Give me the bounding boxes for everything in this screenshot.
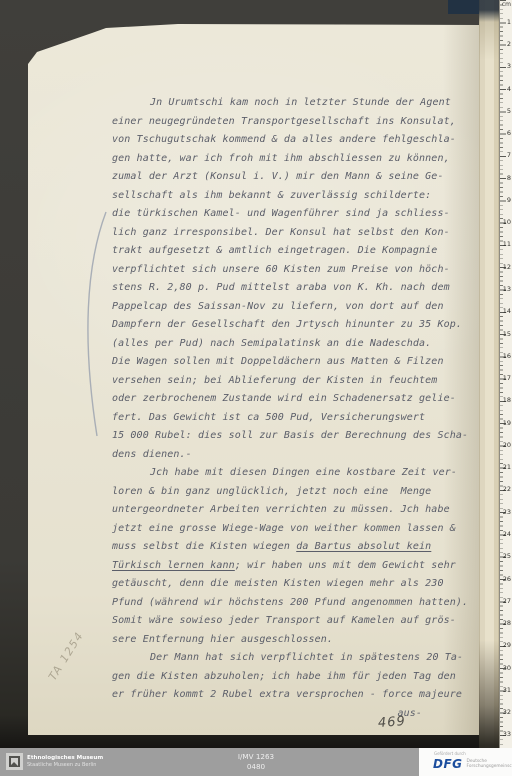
archive-footer-bar: Ethnologisches Museum Staatliche Museen … (0, 748, 512, 776)
ruler-number: 7 (507, 152, 511, 159)
catchword: aus- (112, 705, 478, 724)
ruler-number: 18 (503, 397, 511, 404)
funding-org-name: Deutsche Forschungsgemeinschaft (467, 759, 507, 769)
funding-prefix: Gefördert durch (434, 752, 512, 756)
page-edge-shading (479, 0, 500, 776)
ruler-number: 26 (503, 576, 511, 583)
ruler-number: 21 (503, 464, 511, 471)
text-line: Dampfern der Gesellschaft den Jrtysch hi… (112, 316, 478, 335)
margin-annotation: TA 1254 (46, 629, 86, 683)
text-line: versehen sein; bei Ablieferung der Kiste… (112, 372, 478, 391)
text-line: oder zerbrochenem Zustande wird ein Scha… (112, 390, 478, 409)
text-line: Türkisch lernen kann; wir haben uns mit … (112, 557, 478, 576)
ruler-number: 14 (503, 308, 511, 315)
text-line: jetzt eine grosse Wiege-Wage von weither… (112, 520, 478, 539)
text-line: einer neugegründeten Transportgesellscha… (112, 113, 478, 132)
ruler-number: 19 (503, 420, 511, 427)
text-line: Jch habe mit diesen Dingen eine kostbare… (112, 464, 478, 483)
text-line: muss selbst die Kisten wiegen da Bartus … (112, 538, 478, 557)
ruler-number: 9 (507, 197, 511, 204)
text-line: (alles per Pud) nach Semipalatinsk an di… (112, 335, 478, 354)
ruler-number: 3 (507, 63, 511, 70)
ruler-number: 1 (507, 19, 511, 26)
text-line: sere Entfernung hier ausgeschlossen. (112, 631, 478, 650)
text-line: loren & bin ganz unglücklich, jetzt noch… (112, 483, 478, 502)
text-line: Der Mann hat sich verpflichtet in spätes… (112, 649, 478, 668)
ruler-number: 22 (503, 486, 511, 493)
ruler-unit-label: cm (502, 1, 511, 8)
text-line: getäuscht, denn die meisten Kisten wiege… (112, 575, 478, 594)
ruler-number: 23 (503, 509, 511, 516)
text-line: Pfund (während wir höchstens 200 Pfund a… (112, 594, 478, 613)
ruler-number: 5 (507, 108, 511, 115)
ruler-number: 31 (503, 687, 511, 694)
ruler-number: 17 (503, 375, 511, 382)
text-line: 15 000 Rubel: dies soll zur Basis der Be… (112, 427, 478, 446)
ruler-number: 4 (507, 86, 511, 93)
text-line: zumal der Arzt (Konsul i. V.) mir den Ma… (112, 168, 478, 187)
typed-text: Jn Urumtschi kam noch in letzter Stunde … (112, 94, 478, 723)
ruler-number: 33 (503, 731, 511, 738)
text-line: verpflichtet sich unsere 60 Kisten zum P… (112, 261, 478, 280)
text-line: Jn Urumtschi kam noch in letzter Stunde … (112, 94, 478, 113)
ruler-number: 12 (503, 264, 511, 271)
text-line: trakt aufgesetzt & amtlich eingetragen. … (112, 242, 478, 261)
ruler-number: 11 (503, 241, 511, 248)
ruler-number: 27 (503, 598, 511, 605)
ruler-number: 2 (507, 41, 511, 48)
text-line: gen die Kisten abzuholen; ich habe ihm f… (112, 668, 478, 687)
ruler-number: 6 (507, 130, 511, 137)
text-line: Pappelcap des Saissan-Nov zu liefern, vo… (112, 298, 478, 317)
text-line: gen hatte, war ich froh mit ihm abschlie… (112, 150, 478, 169)
ruler-number: 20 (503, 442, 511, 449)
text-line: er früher kommt 2 Rubel extra versproche… (112, 686, 478, 705)
ruler-number: 10 (503, 219, 511, 226)
ruler-number: 16 (503, 353, 511, 360)
text-line: Somit wäre sowieso jeder Transport auf K… (112, 612, 478, 631)
pencil-bracket-mark (80, 210, 110, 438)
ruler-number: 29 (503, 642, 511, 649)
text-line: von Tschugutschak kommend & da alles and… (112, 131, 478, 150)
document-page: Jn Urumtschi kam noch in letzter Stunde … (28, 24, 479, 735)
ruler-number: 32 (503, 709, 511, 716)
text-line: untergeordneter Arbeiten verrichten zu m… (112, 501, 478, 520)
ruler-number: 30 (503, 665, 511, 672)
ruler-number: 28 (503, 620, 511, 627)
ruler-number: 15 (503, 331, 511, 338)
ruler-number: 25 (503, 553, 511, 560)
text-line: Die Wagen sollen mit Doppeldächern aus M… (112, 353, 478, 372)
ruler-number: 13 (503, 286, 511, 293)
ruler-number: 24 (503, 531, 511, 538)
page-edge-stack (479, 0, 500, 776)
dfg-logo: DFG (433, 757, 463, 771)
funding-box: Gefördert durch DFG Deutsche Forschungsg… (419, 748, 512, 776)
handwritten-page-number: 469 (378, 714, 407, 731)
text-line: stens R. 2,80 p. Pud mittelst araba von … (112, 279, 478, 298)
ruler-number: 8 (507, 175, 511, 182)
text-line: fert. Das Gewicht ist ca 500 Pud, Versic… (112, 409, 478, 428)
text-line: lich ganz irresponsibel. Der Konsul hat … (112, 224, 478, 243)
text-line: dens dienen.- (112, 446, 478, 465)
text-line: die türkischen Kamel- und Wagenführer si… (112, 205, 478, 224)
ruler: cm 1234567891011121314151617181920212223… (499, 0, 512, 776)
text-line: sellschaft als ihm bekannt & zuverlässig… (112, 187, 478, 206)
